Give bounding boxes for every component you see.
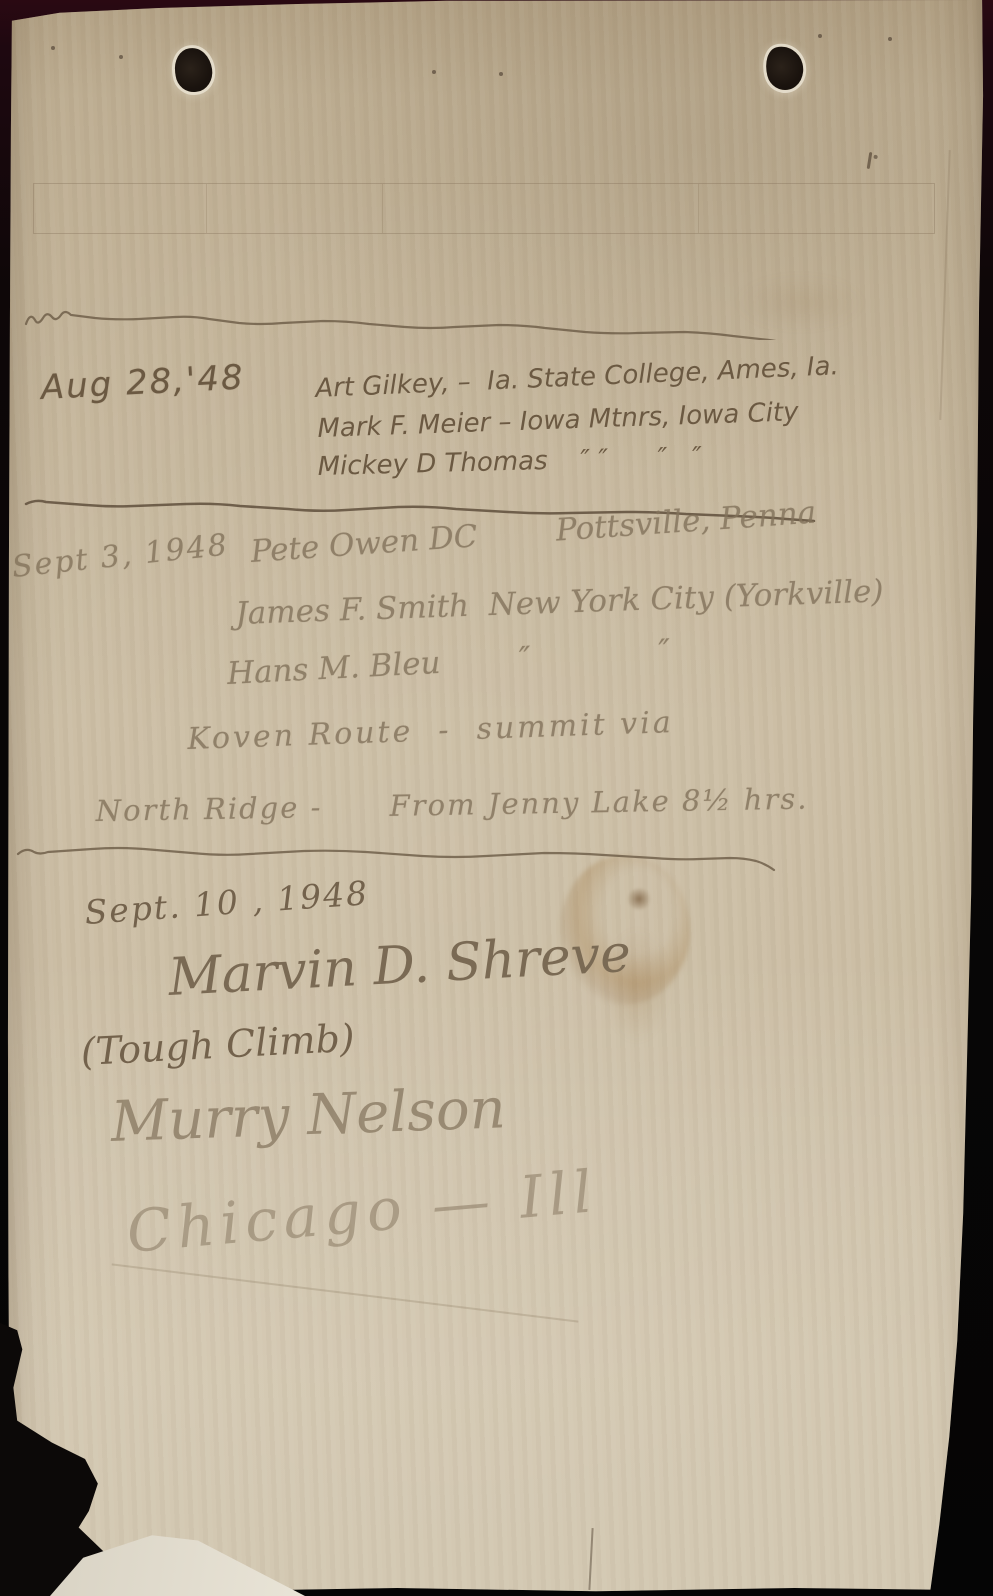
pin-speck	[432, 70, 436, 74]
punch-hole-left	[172, 46, 215, 95]
wavy-divider-line	[16, 840, 971, 876]
entry-line: Hans M. Bleu ″ ″	[226, 633, 671, 692]
paper-crease	[112, 1263, 579, 1322]
faded-column-divider	[206, 184, 207, 233]
faded-header-box	[33, 183, 935, 234]
entry-line: Koven Route - summit via	[187, 705, 674, 757]
paper-stain	[560, 855, 690, 1005]
pin-speck	[499, 72, 503, 76]
paper-stain	[626, 888, 652, 910]
entry-date: Aug 28,'48	[40, 357, 246, 408]
stray-pencil-mark	[867, 152, 873, 169]
faded-column-divider	[382, 184, 383, 233]
entry-line: Marvin D. Shreve	[167, 924, 632, 1008]
register-page-paper: Aug 28,'48 Art Gilkey, – Ia. State Colle…	[0, 0, 993, 1596]
paper-stain	[604, 928, 670, 1043]
paper-crease	[588, 1528, 593, 1590]
wavy-divider-line	[24, 492, 964, 522]
entry-line: Art Gilkey, – Ia. State College, Ames, I…	[315, 351, 840, 404]
wavy-divider-line	[24, 306, 969, 340]
pin-speck	[818, 34, 822, 38]
faded-column-divider	[698, 184, 699, 233]
entry-line: Mickey D Thomas ″ ″ ″ ″	[317, 442, 702, 482]
pin-speck	[51, 46, 55, 50]
entry-date: Sept 3, 1948	[10, 527, 230, 585]
entry-line: Chicago — Ill	[124, 1157, 600, 1266]
paper-crease	[939, 150, 950, 420]
entry-line: Murry Nelson	[110, 1076, 507, 1155]
entry-date: Sept. 10 , 1948	[83, 873, 370, 932]
entry-line: James F. Smith New York City (Yorkville)	[235, 573, 884, 632]
entry-line: North Ridge - From Jenny Lake 8½ hrs.	[95, 782, 808, 828]
entry-line: (Tough Climb)	[80, 1016, 356, 1074]
entry-line: Mark F. Meier – Iowa Mtnrs, Iowa City	[317, 397, 799, 444]
punch-hole-right	[761, 42, 808, 94]
pin-speck	[119, 55, 123, 59]
pin-speck	[888, 37, 892, 41]
photo-of-register-page: { "document": { "description": "Handwrit…	[0, 0, 993, 1596]
